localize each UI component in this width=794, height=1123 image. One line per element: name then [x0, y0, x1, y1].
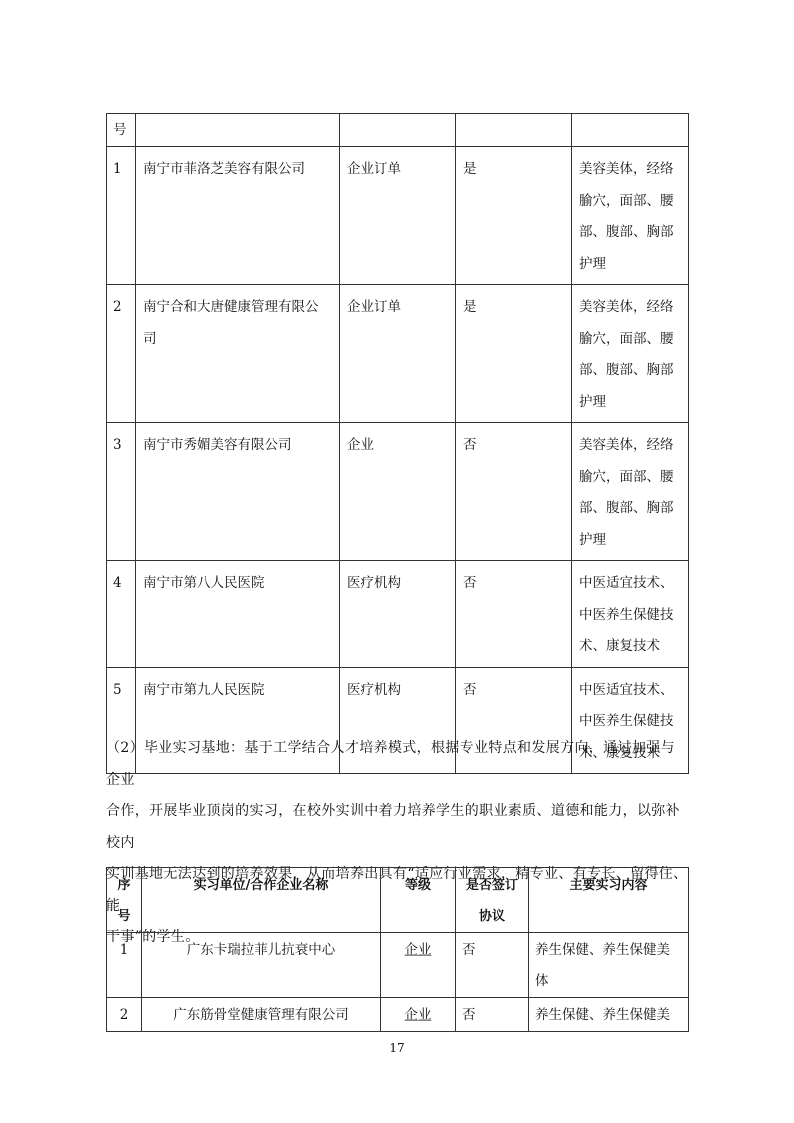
cell-agreement: 否: [456, 423, 572, 561]
cell-no: 1: [107, 933, 142, 998]
header-cell-name: 实习单位/合作企业名称: [142, 868, 381, 933]
paragraph-line: 合作，开展毕业顶岗的实习，在校外实训中着力培养学生的职业素质、道德和能力，以弥补…: [106, 796, 688, 859]
header-cell-content: 主要实习内容: [529, 868, 689, 933]
content-line: 养生保健、养生保健美: [535, 935, 682, 966]
header-cell-no: 号: [107, 114, 136, 147]
page-number: 17: [0, 1041, 794, 1055]
cell-type: 医疗机构: [340, 561, 456, 668]
content-line: 美容美体，经络: [579, 292, 681, 324]
header-cell-agreement: [456, 114, 572, 147]
content-line: 美容美体，经络: [579, 430, 681, 462]
cell-content: 养生保健、养生保健美: [529, 998, 689, 1032]
cell-name: 南宁市第八人民医院: [136, 561, 340, 668]
cell-level: 企业: [381, 933, 456, 998]
header-cell-no: 序 号: [107, 868, 142, 933]
cell-no: 3: [107, 423, 136, 561]
cell-type: 企业订单: [340, 147, 456, 285]
cell-no: 2: [107, 998, 142, 1032]
cell-type: 企业: [340, 423, 456, 561]
header-line: 是否签订: [462, 870, 522, 901]
header-cell-type: [340, 114, 456, 147]
name-line: 南宁合和大唐健康管理有限公: [143, 292, 332, 324]
cell-no: 4: [107, 561, 136, 668]
cell-name: 广东卡瑞拉菲儿抗衰中心: [142, 933, 381, 998]
cell-no: 2: [107, 285, 136, 423]
cell-name: 南宁合和大唐健康管理有限公 司: [136, 285, 340, 423]
content-line: 部、腹部、胸部: [579, 217, 681, 249]
table-row: 2 南宁合和大唐健康管理有限公 司 企业订单 是 美容美体，经络 腧穴，面部、腰…: [107, 285, 689, 423]
name-line: 司: [143, 324, 332, 356]
header-cell-level: 等级: [381, 868, 456, 933]
content-line: 体: [535, 966, 682, 997]
level-text: 企业: [405, 1007, 432, 1023]
cell-agreement: 否: [456, 933, 529, 998]
header-cell-name: [136, 114, 340, 147]
table-row: 3 南宁市秀媚美容有限公司 企业 否 美容美体，经络 腧穴，面部、腰 部、腹部、…: [107, 423, 689, 561]
cell-agreement: 是: [456, 147, 572, 285]
content-line: 护理: [579, 249, 681, 281]
cell-name: 广东筋骨堂健康管理有限公司: [142, 998, 381, 1032]
table-row: 1 南宁市菲洛芝美容有限公司 企业订单 是 美容美体，经络 腧穴，面部、腰 部、…: [107, 147, 689, 285]
cell-agreement: 否: [456, 561, 572, 668]
header-cell-agreement: 是否签订 协议: [456, 868, 529, 933]
cell-content: 中医适宜技术、 中医养生保健技 术、康复技术: [572, 561, 689, 668]
header-line: 序: [113, 870, 135, 901]
content-line: 护理: [579, 387, 681, 419]
cell-content: 美容美体，经络 腧穴，面部、腰 部、腹部、胸部 护理: [572, 285, 689, 423]
content-line: 中医养生保健技: [579, 600, 681, 632]
level-text: 企业: [405, 942, 432, 958]
content-line: 术、康复技术: [579, 631, 681, 663]
content-line: 护理: [579, 525, 681, 557]
cell-no: 1: [107, 147, 136, 285]
cell-content: 美容美体，经络 腧穴，面部、腰 部、腹部、胸部 护理: [572, 423, 689, 561]
content-line: 美容美体，经络: [579, 154, 681, 186]
header-cell-content: [572, 114, 689, 147]
table-row: 4 南宁市第八人民医院 医疗机构 否 中医适宜技术、 中医养生保健技 术、康复技…: [107, 561, 689, 668]
table-header-row-continued: 号: [107, 114, 689, 147]
content-line: 部、腹部、胸部: [579, 355, 681, 387]
header-line: 号: [113, 901, 135, 932]
cell-content: 美容美体，经络 腧穴，面部、腰 部、腹部、胸部 护理: [572, 147, 689, 285]
table-row: 1 广东卡瑞拉菲儿抗衰中心 企业 否 养生保健、养生保健美 体: [107, 933, 689, 998]
content-line: 中医适宜技术、: [579, 568, 681, 600]
paragraph-line: （2）毕业实习基地：基于工学结合人才培养模式，根据专业特点和发展方向，通过加强与…: [106, 733, 688, 796]
cell-name: 南宁市菲洛芝美容有限公司: [136, 147, 340, 285]
content-line: 腧穴，面部、腰: [579, 186, 681, 218]
content-line: 腧穴，面部、腰: [579, 462, 681, 494]
cell-name: 南宁市秀媚美容有限公司: [136, 423, 340, 561]
cell-type: 企业订单: [340, 285, 456, 423]
internship-base-table: 序 号 实习单位/合作企业名称 等级 是否签订 协议 主要实习内容 1 广东卡瑞…: [106, 867, 689, 1032]
content-line: 腧穴，面部、腰: [579, 324, 681, 356]
cell-level: 企业: [381, 998, 456, 1032]
header-line: 协议: [462, 901, 522, 932]
training-base-table-continued: 号 1 南宁市菲洛芝美容有限公司 企业订单 是 美容美体，经络 腧穴，面部、腰 …: [106, 113, 689, 774]
cell-content: 养生保健、养生保健美 体: [529, 933, 689, 998]
table-row: 2 广东筋骨堂健康管理有限公司 企业 否 养生保健、养生保健美: [107, 998, 689, 1032]
table-header-row: 序 号 实习单位/合作企业名称 等级 是否签订 协议 主要实习内容: [107, 868, 689, 933]
cell-agreement: 是: [456, 285, 572, 423]
content-line: 养生保健、养生保健美: [535, 1000, 682, 1031]
content-line: 部、腹部、胸部: [579, 493, 681, 525]
cell-agreement: 否: [456, 998, 529, 1032]
content-line: 中医适宜技术、: [579, 675, 681, 707]
